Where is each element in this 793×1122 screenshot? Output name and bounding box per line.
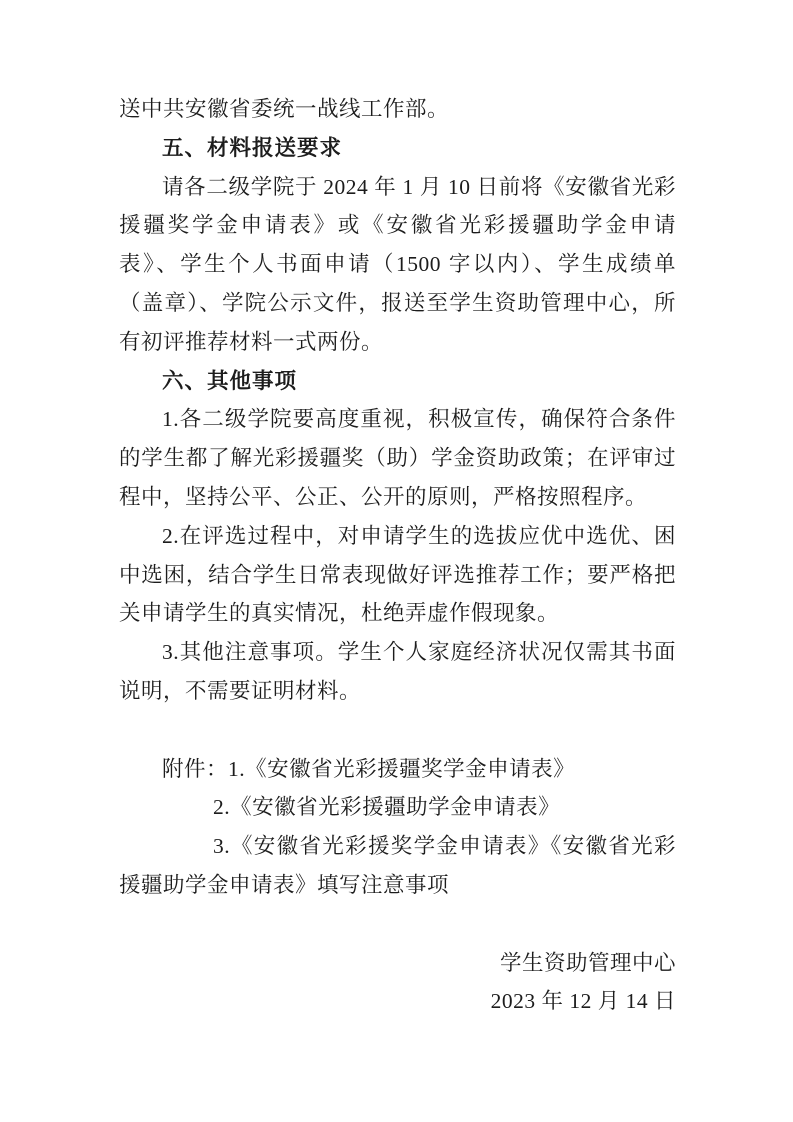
signature-date: 2023 年 12 月 14 日 [119,982,676,1021]
blank-line [119,711,676,750]
blank-line [119,905,676,944]
attachments-label: 附件： [162,757,228,781]
section-6-item-3: 3.其他注意事项。学生个人家庭经济状况仅需其书面说明，不需要证明材料。 [119,633,676,711]
closing-line: 送中共安徽省委统一战线工作部。 [119,90,676,129]
section-6-item-2: 2.在评选过程中，对申请学生的选拔应优中选优、困中选困，结合学生日常表现做好评选… [119,517,676,633]
document-page: 送中共安徽省委统一战线工作部。 五、材料报送要求 请各二级学院于 2024 年 … [0,0,793,1122]
section-6-item-1: 1.各二级学院要高度重视，积极宣传，确保符合条件的学生都了解光彩援疆奖（助）学金… [119,400,676,516]
document-body: 送中共安徽省委统一战线工作部。 五、材料报送要求 请各二级学院于 2024 年 … [119,90,676,1021]
attachment-line-1: 附件：1.《安徽省光彩援疆奖学金申请表》 [119,750,676,789]
attachment-item-1: 1.《安徽省光彩援疆奖学金申请表》 [228,757,575,781]
signature-organization: 学生资助管理中心 [119,944,676,983]
section-6-heading: 六、其他事项 [119,362,676,401]
section-5-body: 请各二级学院于 2024 年 1 月 10 日前将《安徽省光彩援疆奖学金申请表》… [119,168,676,362]
attachment-item-3: 3.《安徽省光彩援奖学金申请表》《安徽省光彩援疆助学金申请表》填写注意事项 [119,827,676,905]
attachment-item-2: 2.《安徽省光彩援疆助学金申请表》 [119,788,676,827]
section-5-heading: 五、材料报送要求 [119,129,676,168]
